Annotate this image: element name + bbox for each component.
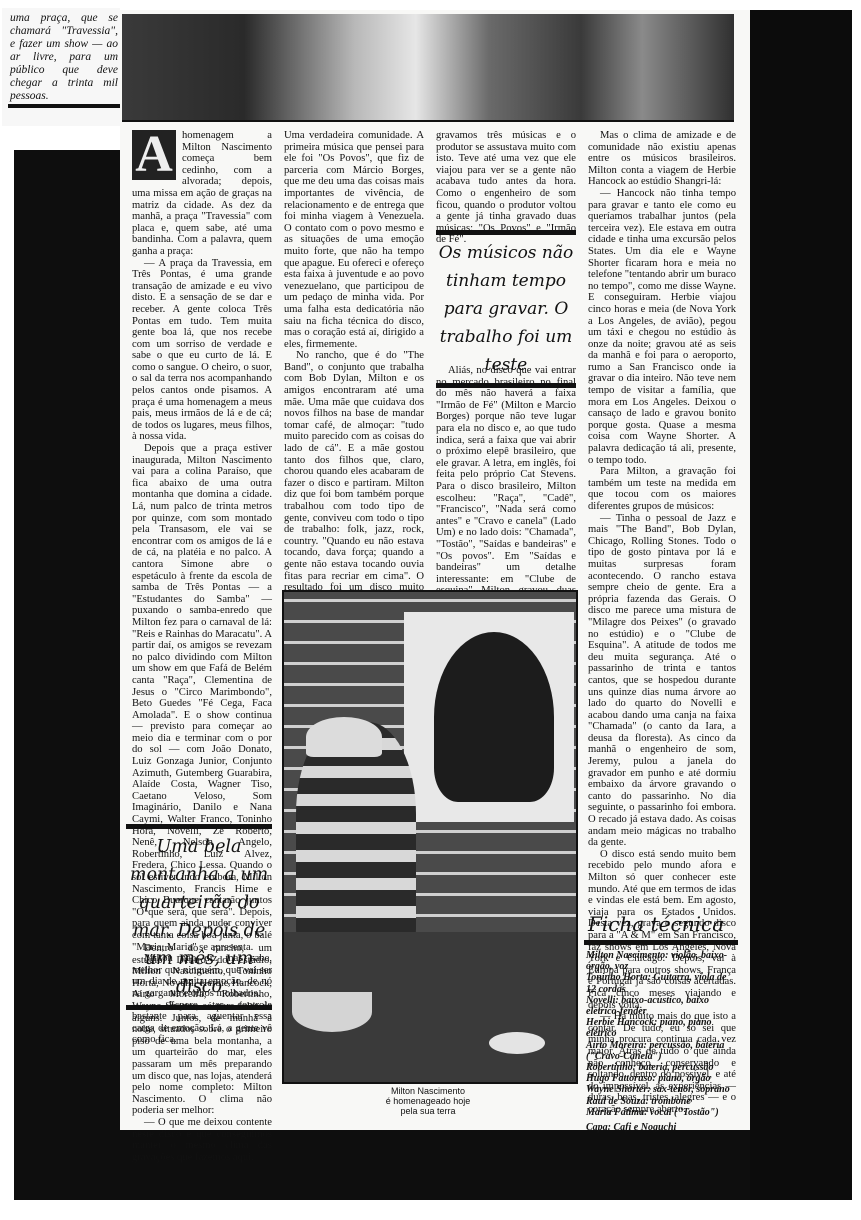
rule-divider — [436, 230, 576, 235]
credit-item: Toninho Horta: Guitarra, viola de 12 cor… — [586, 972, 736, 994]
credit-item: Hugo Fattoruso: piano, órgão — [586, 1073, 736, 1084]
paragraph: — A praça da Travessia, em Três Pontas, … — [132, 258, 272, 444]
photo-caption: Milton Nascimento é homenageado hoje pel… — [282, 1086, 574, 1116]
photo-person-right — [434, 632, 554, 802]
paragraph: — Tinha o pessoal de Jazz e mais "The Ba… — [588, 513, 736, 849]
top-photo — [122, 14, 734, 122]
credit-item: Wayne Shorter: sax-tenor, soprano — [586, 1084, 736, 1095]
paragraph: — Hancock não tinha tempo para gravar e … — [588, 188, 736, 466]
credit-item: Maria Fátima: vocal ("Tostão") — [586, 1107, 736, 1118]
caption-line: pela sua terra — [282, 1106, 574, 1116]
rule-divider — [584, 940, 738, 945]
paragraph: Mas o clima de amizade e de comunidade n… — [588, 130, 736, 188]
rule-divider — [8, 104, 120, 108]
photo-milton-nascimento — [282, 590, 578, 1084]
scanner-background-right — [750, 10, 852, 1200]
dropcap: A — [132, 130, 176, 180]
paragraph: Uma verdadeira comunidade. A primeira mú… — [284, 130, 424, 350]
credit-item: Milton Nascimento: violão, baixo-órgão, … — [586, 950, 736, 972]
caption-line: Milton Nascimento — [282, 1086, 574, 1096]
ficha-tecnica-title: Ficha técnica — [588, 912, 738, 936]
photo-plate — [489, 1032, 545, 1054]
photo-bowl — [292, 992, 372, 1032]
article-column-1b: Dentro do rancho, um estúdio. Dentro do … — [132, 943, 272, 1163]
caption-line: é homenageado hoje — [282, 1096, 574, 1106]
credit-item: Robertinho: bateria, percussão — [586, 1062, 736, 1073]
photo-cap — [306, 717, 382, 757]
pull-quote-top: uma praça, que se chamará "Travessia", e… — [10, 12, 118, 103]
credit-item: Raul de Souza: trombone — [586, 1096, 736, 1107]
subhead-text: Os músicos não tinham tempo para gravar.… — [436, 239, 576, 379]
credit-item: Novelli: baixo-acústico, baixo eletrico-… — [586, 995, 736, 1017]
paragraph: Para Milton, a gravação foi também um te… — [588, 466, 736, 512]
cover-credit: Capa: Cafi e Noguchi — [586, 1122, 736, 1133]
credit-item: Airto Moreira: percussão, bateria ("Crav… — [586, 1040, 736, 1062]
credit-item: Herbie Hancock: piano, piano elétrico — [586, 1017, 736, 1039]
rule-divider — [126, 824, 272, 829]
paragraph: Dentro do rancho, um estúdio. Dentro do … — [132, 943, 272, 1117]
paragraph: — O que me deixou contente neste disco e… — [132, 1117, 272, 1163]
ficha-tecnica-list: Milton Nascimento: violão, baixo-órgão, … — [586, 950, 736, 1133]
